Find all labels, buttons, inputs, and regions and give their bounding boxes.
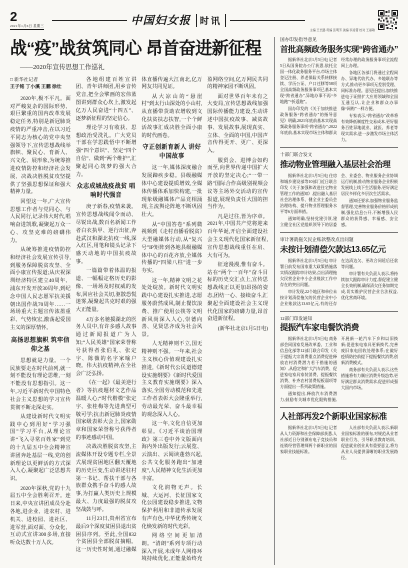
body-paragraph: 这一年,精神文明之花处处绽放。新时代文明实践中心建设扎实推进,志愿服务蔚然成风,…: [142, 278, 203, 340]
article-separator: [280, 311, 398, 312]
body-paragraph: 人无精神则不立,国无精神则不强。一年来,社会主义核心价值观建设扎实推进,《新时代…: [142, 341, 203, 419]
page-header: 2 2021年1月6日 星期三 中国妇女报 时讯 主编 王长路 责编 张明芳 美…: [10, 8, 398, 32]
body-paragraph: 庚子新春,疫情来袭。宣传思想战线闻令而动、尽锐出战,数百名新闻工作者白衣执甲、逆…: [76, 204, 137, 266]
body-paragraph: 2020年,极不平凡。面对严峻复杂的国际形势、艰巨繁重的国内改革发展稳定任务,特…: [10, 96, 71, 197]
column-divider: [274, 37, 275, 565]
article-kicker: 国办印发指导意见: [280, 37, 398, 43]
main-headline: 战“疫”战贫筑同心 昂首奋进新征程: [10, 39, 268, 59]
sidebar-article: 12部门印发通知提振汽车家电餐饮消费据新华社北京1月5日电 商务部会同国家发展改…: [280, 316, 398, 403]
sidebar-article: 国办印发指导意见首批高频政务服务实现“跨省通办”据新华社北京1月5日电 记者5日…: [280, 37, 398, 143]
byline-prefix: □ 新华社记者: [10, 78, 38, 83]
body-paragraph: 据新华社北京1月5日电 记者从人力资源和社会保障部获悉,人社部近日分别颁布电子竞…: [280, 425, 337, 455]
body-paragraph: 从建设新时代文明实践中心到用好“学习强国”学习平台,从理论宣讲“飞入寻常百姓家”…: [10, 414, 71, 484]
main-subtitle: ——2020年宣传思想工作巡礼: [20, 62, 268, 71]
sub-headline: 众志成城战疫战贫 唱响时代强音: [76, 183, 137, 201]
sidebar-article: 人社部再发2个新职业国家标准据新华社北京1月5日电 记者从人力资源和社会保障部获…: [280, 412, 398, 461]
sub-headline: 守正创新育新人 讲好中国故事: [142, 144, 203, 162]
body-paragraph: 理论学习有收获、思想政治受洗礼。广大党员干部在学思践悟中不断增强“四个意识”、坚…: [76, 125, 137, 180]
article-body: 据新华社北京1月5日电 审计署日前发布国家重大政策措施落实情况跟踪审计结果,点出…: [280, 258, 398, 307]
main-article: 战“疫”战贫筑同心 昂首奋进新征程 ——2020年宣传思想工作巡礼 □ 新华社记…: [10, 37, 268, 565]
body-paragraph: 4万多名驰援湖北的医务人员中,有许多感人故事通过新闻报道广为人知;“人民英雄”国…: [76, 317, 137, 379]
body-paragraph: 服贸会、进博会如约而至,向世界传递中国扩大开放的坚定决心;“一带一路”国际合作高…: [207, 158, 268, 213]
body-paragraph: 据新华社北京1月5日电 审计署日前发布国家重大政策措施落实情况跟踪审计结果,点出…: [280, 258, 337, 288]
article-separator: [280, 407, 398, 408]
body-paragraph: 一篇篇带着体温的报道、一幅幅定格历史的影像、一场场及时权威的发布,回应社会关切,…: [76, 268, 137, 315]
article-headline: 人社部再发2个新职业国家标准: [280, 412, 398, 422]
article-separator: [280, 147, 398, 148]
newspaper-page: 2 2021年1月6日 星期三 中国妇女报 时讯 主编 王长路 责编 张明芳 美…: [0, 0, 408, 568]
body-paragraph: 各地组建百姓宣讲团、青年讲师团,用乡音传党音,把全会擘画的宏伟蓝图讲到群众心坎上…: [76, 77, 137, 124]
body-paragraph: 通知还要求,加强物业服务监督管理,完善物业服务价格形成机制,强化信息公开,不断增…: [341, 198, 398, 228]
article-headline: 未按计划清偿欠款达13.65亿元: [280, 245, 398, 255]
qr-code-icon: [378, 10, 398, 30]
article-kicker: 十部门联合发文: [280, 152, 398, 158]
body-paragraph: 2020年深秋,党的十九届五中全会胜利召开。连日来,中央宣讲团成员分赴各地,进企…: [10, 486, 71, 548]
body-paragraph: 专家表示,“跨省通办”改革将有效降低制度性交易成本,更好服务百姓异地就业、就医、…: [341, 113, 398, 143]
article-headline: 提振汽车家电餐饮消费: [280, 323, 398, 333]
article-kicker: 审计署就拖欠民企账款整改点出问题: [280, 237, 398, 243]
page-content: 战“疫”战贫筑同心 昂首奋进新征程 ——2020年宣传思想工作巡礼 □ 新华社记…: [10, 37, 398, 565]
article-body: 据新华社北京1月5日电 记者5日从国务院办公厅获悉,依托全国一体化政务服务平台,…: [280, 57, 398, 143]
body-paragraph: 从统筹推进疫情防控和经济社会发展宣传引导,到服务保障脱贫攻坚、全面小康宣传报道;…: [10, 247, 71, 333]
header-rule-right: [230, 20, 305, 21]
body-paragraph: 回望这一年,广大宣传思想工作者与党同心、与人民同行,记录伟大时代,唱响奋进凯歌,…: [10, 199, 71, 246]
body-paragraph: 从“中国答卷”系列微视频到《走村直播看脱贫》大型融媒体行动,从“复兴号”IP矩阵…: [142, 222, 203, 277]
article-body: 据新华社北京1月5日电 记者从人力资源和社会保障部获悉,人社部近日分别颁布电子竞…: [280, 425, 398, 461]
body-paragraph: 《在一起》《最美逆行者》等抗疫题材文艺作品温暖人心;“时代楷模”张定宇、张桂梅等…: [76, 380, 137, 442]
byline-names: 王子铭 丁小溪 王鹏 徐壮: [10, 85, 62, 90]
body-paragraph: 商务部有关负责人表示,这些措施将有力顺应消费升级趋势,更好满足群众消费需求,促进…: [341, 367, 398, 391]
sub-headline: 高扬思想旗帜 筑牢信仰之基: [10, 337, 71, 355]
editor-credits: 主编 王长路 责编 张明芳 美编 李凌霄 校对 王丽敏: [310, 28, 375, 32]
body-paragraph: 各地区各部门将通过全程网办、异地代收代办、多地联办等方式,推动更多事项无差别受理…: [341, 70, 398, 112]
article-headline: 推动物业管理融入基层社会治理: [280, 160, 398, 170]
page-number-block: 2 2021年1月6日 星期三: [10, 11, 44, 30]
body-paragraph: 据新华社北京1月5日电 商务部会同国家发展改革委、工业和信息化部等12部门联合印…: [280, 336, 337, 390]
page-number: 2: [10, 11, 44, 23]
body-paragraph: 思想就是力量。一个民族要走在时代前列,就一刻不能没有理论思维,一刻不能没有思想指…: [10, 358, 71, 413]
body-paragraph: 面对世界百年未有之大变局,宣传思想战线加强国际传播能力建设,生动讲述中国抗疫故事…: [207, 94, 268, 156]
sidebar-article: 十部门联合发文推动物业管理融入基层社会治理据新华社北京1月5日电 住房和城乡建设…: [280, 152, 398, 228]
header-rule-left: [52, 20, 127, 21]
body-paragraph: 决战决胜脱贫攻坚,主流媒体开设专题专栏,全景式展现贫困地区翻天覆地的历史巨变,生…: [76, 444, 137, 514]
sidebar-articles: 国办印发指导意见首批高频政务服务实现“跨省通办”据新华社北京1月5日电 记者5日…: [280, 37, 398, 565]
body-paragraph: 这一年,文化自信更加彰显。《习近平谈治国理政》第三卷中外文版面向海内外出版发行;…: [142, 421, 203, 483]
article-kicker: 12部门印发通知: [280, 316, 398, 322]
body-paragraph: 据新华社北京1月5日电 记者5日从国务院办公厅获悉,依托全国一体化政务服务平台,…: [280, 57, 337, 105]
body-paragraph: 人社部有关负责人表示,新职业国家标准的颁布,对规范从业者职业行为、引导职业教育培…: [341, 425, 398, 461]
newspaper-name: 中国妇女报: [131, 12, 191, 28]
body-paragraph: 文化润物无声。长城、大运河、长征国家文化公园建设稳步推进,文物保护利用和非遗传承…: [142, 485, 203, 532]
body-paragraph: 凡是过往,皆为序章。2021年,中国共产党将迎来百年华诞,开启全面建设社会主义现…: [207, 214, 268, 261]
body-paragraph: 据新华社北京1月5日电 住房和城乡建设部等10部门近日联合印发《关于加强和改进住…: [280, 173, 337, 215]
section-name: 时讯: [196, 14, 226, 27]
byline: □ 新华社记者 王子铭 丁小溪 王鹏 徐壮: [10, 77, 71, 92]
sidebar-article: 审计署就拖欠民企账款整改点出问题未按计划清偿欠款达13.65亿元据新华社北京1月…: [280, 237, 398, 306]
masthead: 中国妇女报 时讯: [131, 12, 226, 28]
body-paragraph: 征途漫漫,惟有奋斗。站在“两个一百年”奋斗目标的历史交汇点上,宣传思想战线正以更…: [207, 262, 268, 324]
article-headline: 首批高频政务服务实现“跨省通办”: [280, 45, 398, 55]
article-separator: [280, 232, 398, 233]
body-paragraph: 从大凉山的“悬崖村”到太行山深处的小山村,从直播带货助农增收到文化扶贫扶志扶智,…: [142, 94, 203, 141]
body-paragraph: (新华社北京1月5日电): [207, 326, 268, 334]
article-body: 据新华社北京1月5日电 商务部会同国家发展改革委、工业和信息化部等12部门联合印…: [280, 336, 398, 403]
article-body: 据新华社北京1月5日电 住房和城乡建设部等10部门近日联合印发《关于加强和改进住…: [280, 173, 398, 229]
main-article-body: □ 新华社记者 王子铭 丁小溪 王鹏 徐壮 2020年,极不平凡。面对严峻复杂的…: [10, 77, 268, 565]
body-paragraph: 审计署有关负责人表示,将持续加大跟踪审计力度,督促建立健全长效机制,确保清欠任务…: [341, 271, 398, 301]
body-paragraph: 这一年,媒体深度融合发展蹄疾步稳。县级融媒体中心建设提质增效,全媒体传播体系加快…: [142, 165, 203, 220]
page-date: 2021年1月6日 星期三: [10, 23, 44, 28]
